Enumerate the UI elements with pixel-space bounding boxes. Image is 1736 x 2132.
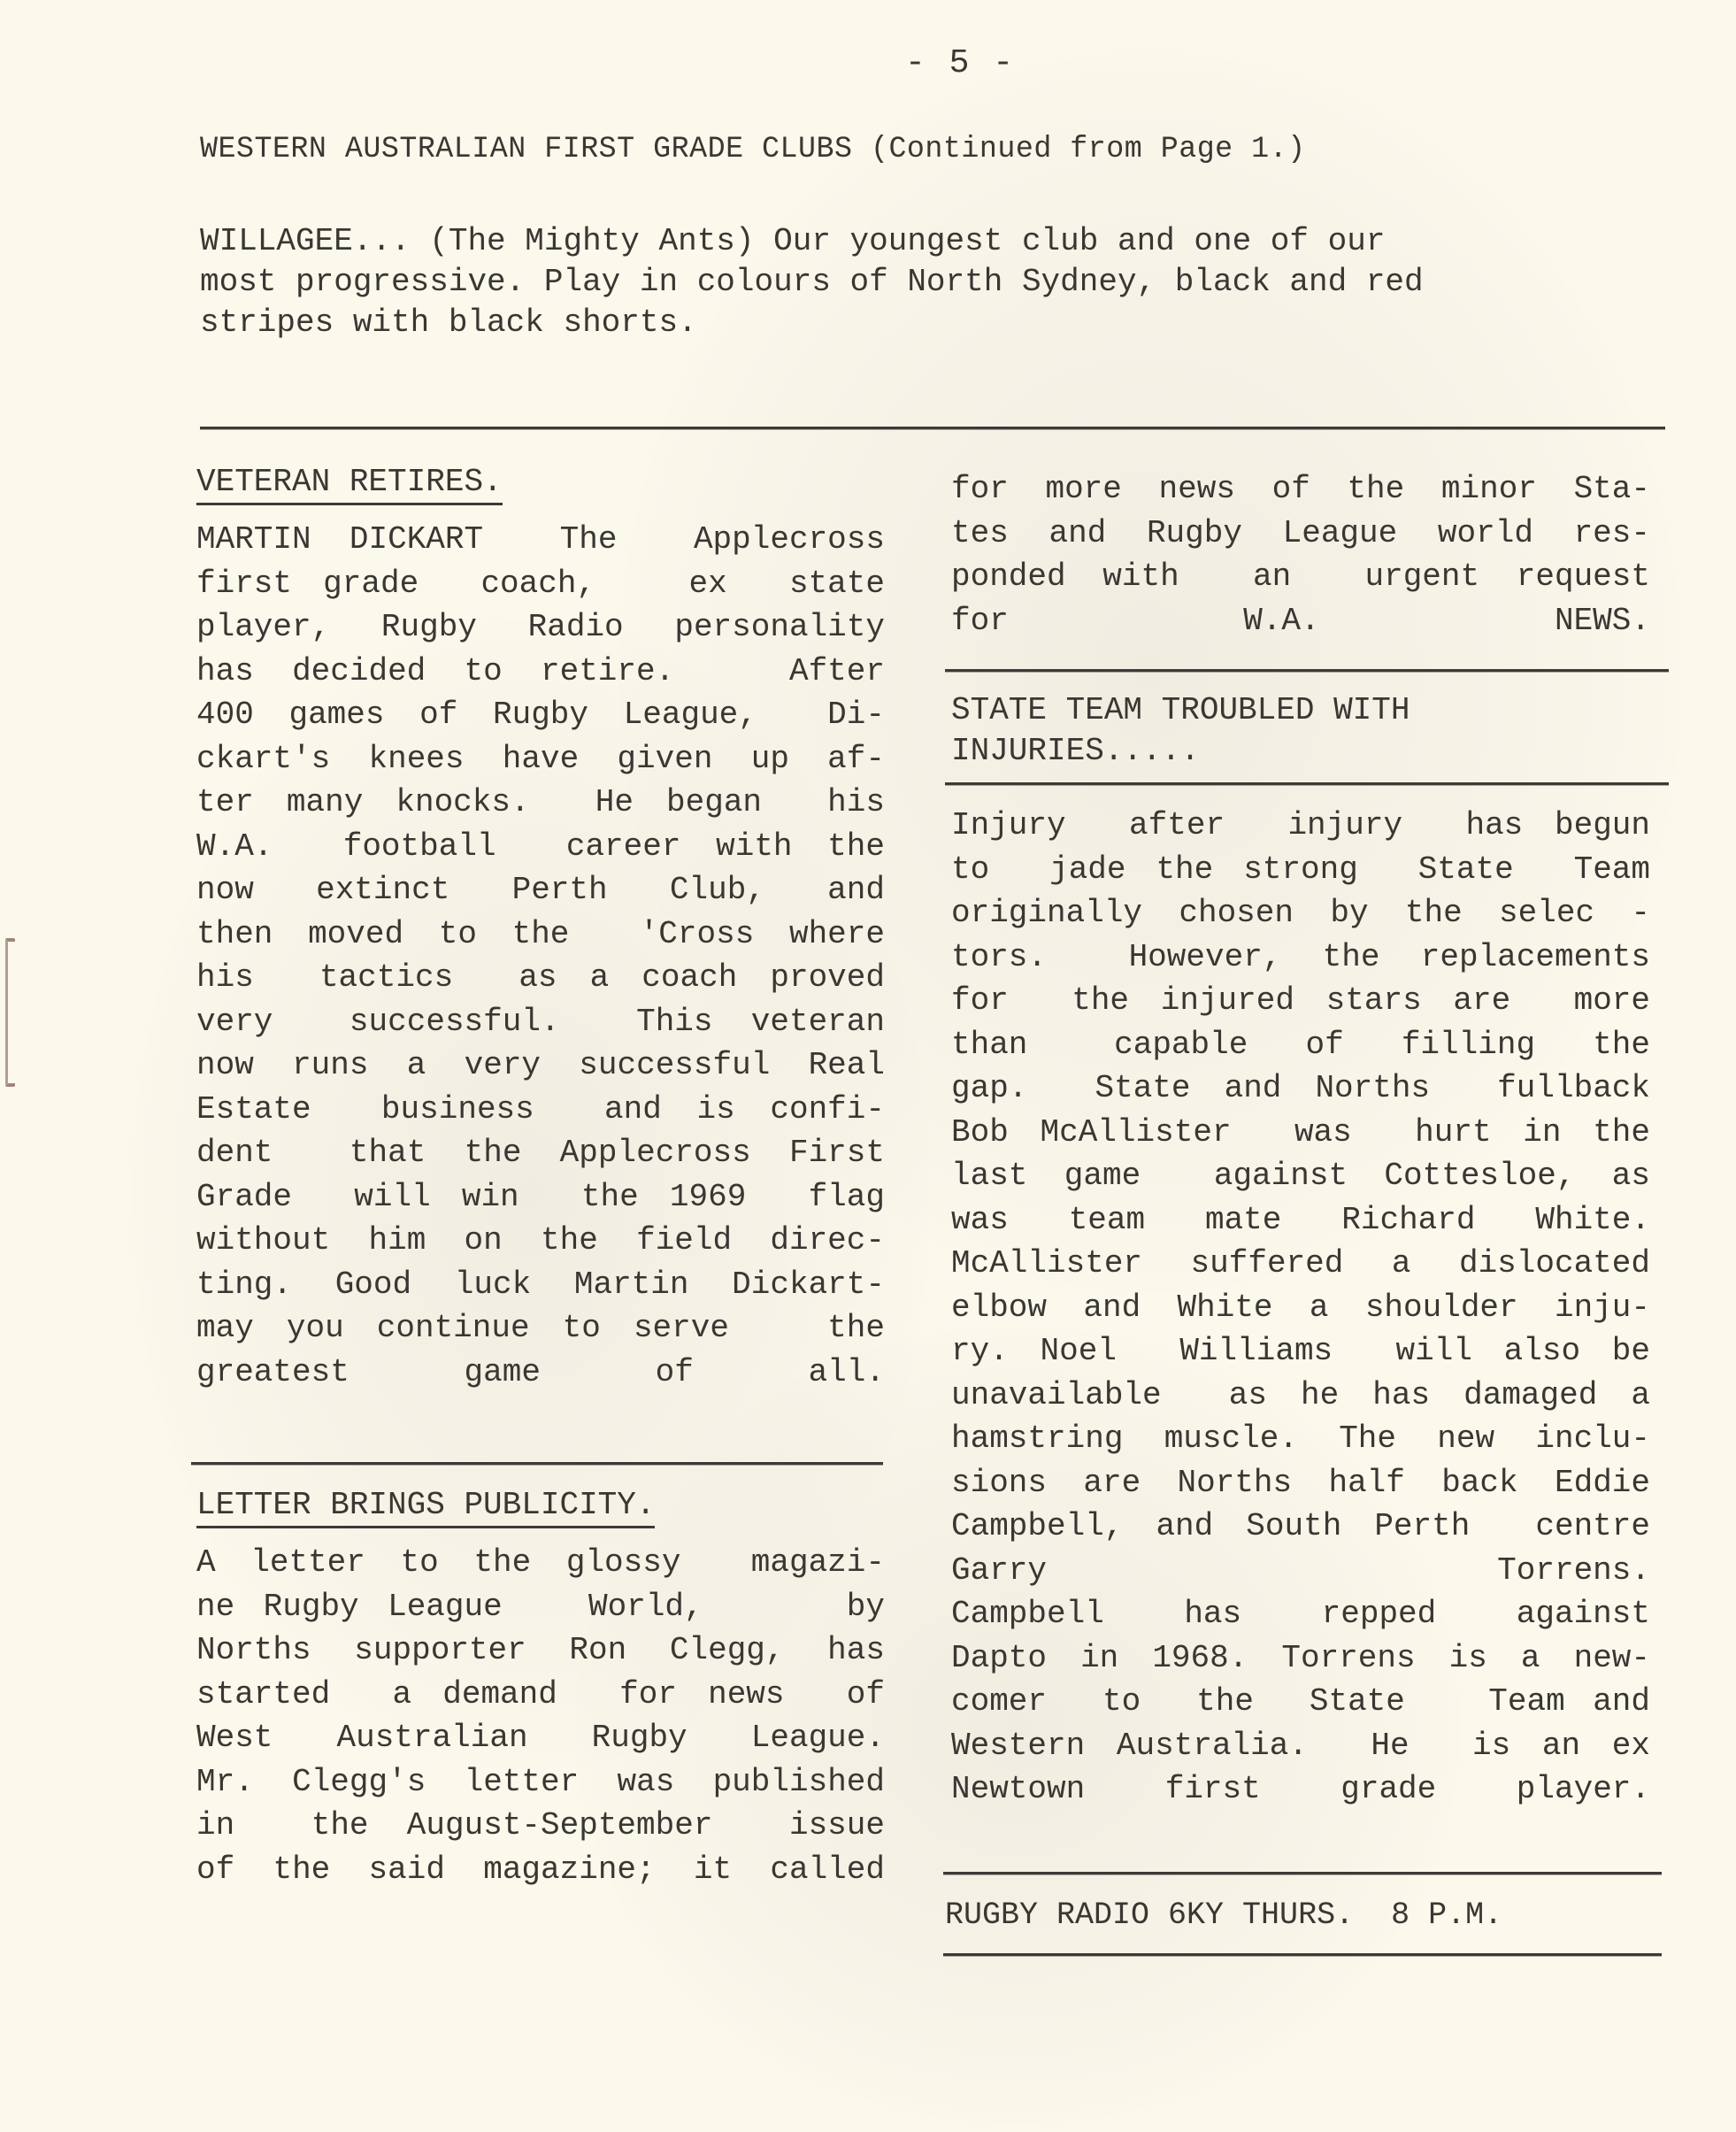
article-heading: STATE TEAM TROUBLED WITH INJURIES..... [951,690,1650,772]
text-line: player, Rugby Radio personality [196,605,885,650]
text-line: originally chosen by the selec - [951,891,1650,935]
left-column-lower: LETTER BRINGS PUBLICITY. A letter to the… [196,1483,885,1891]
heading-line: INJURIES..... [951,731,1650,772]
text-line: elbow and White a shoulder inju- [951,1286,1650,1330]
footer-rule-top [943,1872,1662,1874]
article-body: Injury after injury has begunto jade the… [951,804,1650,1812]
article-divider [945,669,1669,672]
section-divider [200,427,1665,429]
article-heading: LETTER BRINGS PUBLICITY. [196,1485,655,1528]
state-team-article: STATE TEAM TROUBLED WITH INJURIES..... [951,690,1650,772]
text-line: then moved to the 'Cross where [196,912,885,957]
article-divider [191,1462,883,1465]
text-line: Dapto in 1968. Torrens is a new- [951,1636,1650,1681]
text-line: his tactics as a coach proved [196,956,885,1000]
heading-line: STATE TEAM TROUBLED WITH [951,690,1650,731]
text-line: ponded with an urgent request [951,555,1650,599]
text-line: ckart's knees have given up af- [196,737,885,781]
text-line: stripes with black shorts. [200,303,1633,343]
letter-publicity-article: LETTER BRINGS PUBLICITY. A letter to the… [196,1483,885,1891]
text-line: W.A. football career with the [196,825,885,869]
text-line: very successful. This veteran [196,1000,885,1044]
text-line: first grade coach, ex state [196,562,885,606]
text-line: was team mate Richard White. [951,1198,1650,1243]
right-column: for more news of the minor Sta-tes and R… [951,467,1650,643]
willagee-club-paragraph: WILLAGEE... (The Mighty Ants) Our younge… [200,221,1633,343]
text-line: Campbell has repped against [951,1592,1650,1636]
text-line: ry. Noel Williams will also be [951,1329,1650,1374]
text-line: now runs a very successful Real [196,1043,885,1088]
text-line: in the August-September issue [196,1804,885,1848]
text-line: MARTIN DICKART The Applecross [196,518,885,562]
left-column: VETERAN RETIRES. MARTIN DICKART The Appl… [196,460,885,1394]
text-line: tors. However, the replacements [951,935,1650,980]
text-line: 400 games of Rugby League, Di- [196,693,885,737]
text-line: of the said magazine; it called [196,1848,885,1892]
text-line: sions are Norths half back Eddie [951,1461,1650,1505]
text-line: Injury after injury has begun [951,804,1650,848]
text-line: last game against Cottesloe, as [951,1154,1650,1198]
page-number: - 5 - [0,44,1736,82]
article-heading: VETERAN RETIRES. [196,462,503,505]
text-line: for W.A. NEWS. [951,599,1650,643]
text-line: Norths supporter Ron Clegg, has [196,1628,885,1673]
text-line: for the injured stars are more [951,979,1650,1023]
text-line: tes and Rugby League world res- [951,512,1650,556]
text-line: Estate business and is confi- [196,1088,885,1132]
text-line: may you continue to serve the [196,1306,885,1351]
heading-underline [945,782,1669,785]
staple-binding-mark [5,938,15,1087]
text-line: hamstring muscle. The new inclu- [951,1417,1650,1461]
text-line: Bob McAllister was hurt in the [951,1111,1650,1155]
text-line: now extinct Perth Club, and [196,868,885,912]
text-line: Newtown first grade player. [951,1767,1650,1812]
state-team-body-wrap: Injury after injury has begunto jade the… [951,804,1650,1812]
text-line: than capable of filling the [951,1023,1650,1067]
text-line: Grade will win the 1969 flag [196,1175,885,1220]
text-line: unavailable as he has damaged a [951,1374,1650,1418]
text-line: gap. State and Norths fullback [951,1066,1650,1111]
text-line: McAllister suffered a dislocated [951,1242,1650,1286]
text-line: West Australian Rugby League. [196,1716,885,1760]
text-line: Garry Torrens. [951,1549,1650,1593]
text-line: without him on the field direc- [196,1219,885,1263]
text-line: ter many knocks. He began his [196,781,885,825]
text-line: ting. Good luck Martin Dickart- [196,1263,885,1307]
continued-header: WESTERN AUSTRALIAN FIRST GRADE CLUBS (Co… [200,133,1306,166]
text-line: Western Australia. He is an ex [951,1724,1650,1768]
text-line: ne Rugby League World, by [196,1585,885,1629]
text-line: WILLAGEE... (The Mighty Ants) Our younge… [200,221,1633,262]
text-line: for more news of the minor Sta- [951,467,1650,512]
text-line: started a demand for news of [196,1673,885,1717]
letter-article-continued: for more news of the minor Sta-tes and R… [951,467,1650,643]
text-line: to jade the strong State Team [951,848,1650,892]
article-body: A letter to the glossy magazi-ne Rugby L… [196,1541,885,1891]
text-line: greatest game of all. [196,1351,885,1395]
text-line: Mr. Clegg's letter was published [196,1760,885,1805]
text-line: has decided to retire. After [196,650,885,694]
text-line: dent that the Applecross First [196,1131,885,1175]
text-line: A letter to the glossy magazi- [196,1541,885,1585]
veteran-retires-article: VETERAN RETIRES. MARTIN DICKART The Appl… [196,460,885,1394]
radio-notice: RUGBY RADIO 6KY THURS. 8 P.M. [945,1894,1502,1938]
footer-rule-bottom [943,1953,1662,1956]
text-line: Campbell, and South Perth centre [951,1505,1650,1549]
text-line: comer to the State Team and [951,1680,1650,1724]
article-body: MARTIN DICKART The Applecrossfirst grade… [196,518,885,1394]
text-line: most progressive. Play in colours of Nor… [200,262,1633,303]
